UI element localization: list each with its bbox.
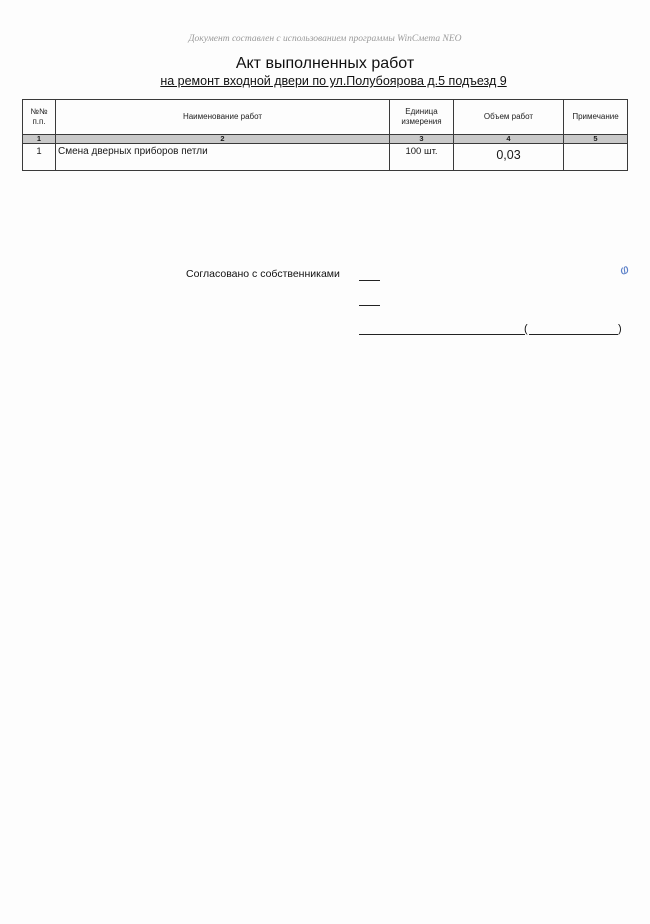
software-watermark: Документ составлен с использованием прог… — [0, 34, 650, 44]
column-number-row: 1 2 3 4 5 — [23, 135, 628, 144]
row-number: 1 — [23, 144, 56, 171]
signature-line — [359, 334, 525, 335]
pen-mark-icon: ⱷ — [618, 261, 631, 278]
table-row: 1 Смена дверных приборов петли 100 шт. 0… — [23, 144, 628, 171]
header-note: Примечание — [564, 100, 628, 135]
header-work-name: Наименование работ — [56, 100, 390, 135]
table-header-row: №№ п.п. Наименование работ Единица измер… — [23, 100, 628, 135]
header-unit: Единица измерения — [390, 100, 454, 135]
name-close-paren: ) — [618, 323, 622, 335]
document-title: Акт выполненных работ — [0, 55, 650, 73]
note — [564, 144, 628, 171]
work-name: Смена дверных приборов петли — [56, 144, 390, 171]
header-volume: Объем работ — [454, 100, 564, 135]
column-number: 2 — [56, 135, 390, 144]
volume: 0,03 — [454, 144, 564, 171]
document-subtitle: на ремонт входной двери по ул.Полубояров… — [160, 74, 507, 88]
header-number: №№ п.п. — [23, 100, 56, 135]
signature-line-short-2 — [359, 305, 380, 306]
column-number: 5 — [564, 135, 628, 144]
column-number: 3 — [390, 135, 454, 144]
works-table: №№ п.п. Наименование работ Единица измер… — [22, 99, 628, 171]
column-number: 1 — [23, 135, 56, 144]
agreed-with-owners-label: Согласовано с собственниками — [186, 268, 340, 280]
name-open-paren: ( — [524, 323, 528, 335]
unit: 100 шт. — [390, 144, 454, 171]
signature-line-short-1 — [359, 280, 380, 281]
name-line — [529, 334, 618, 335]
column-number: 4 — [454, 135, 564, 144]
